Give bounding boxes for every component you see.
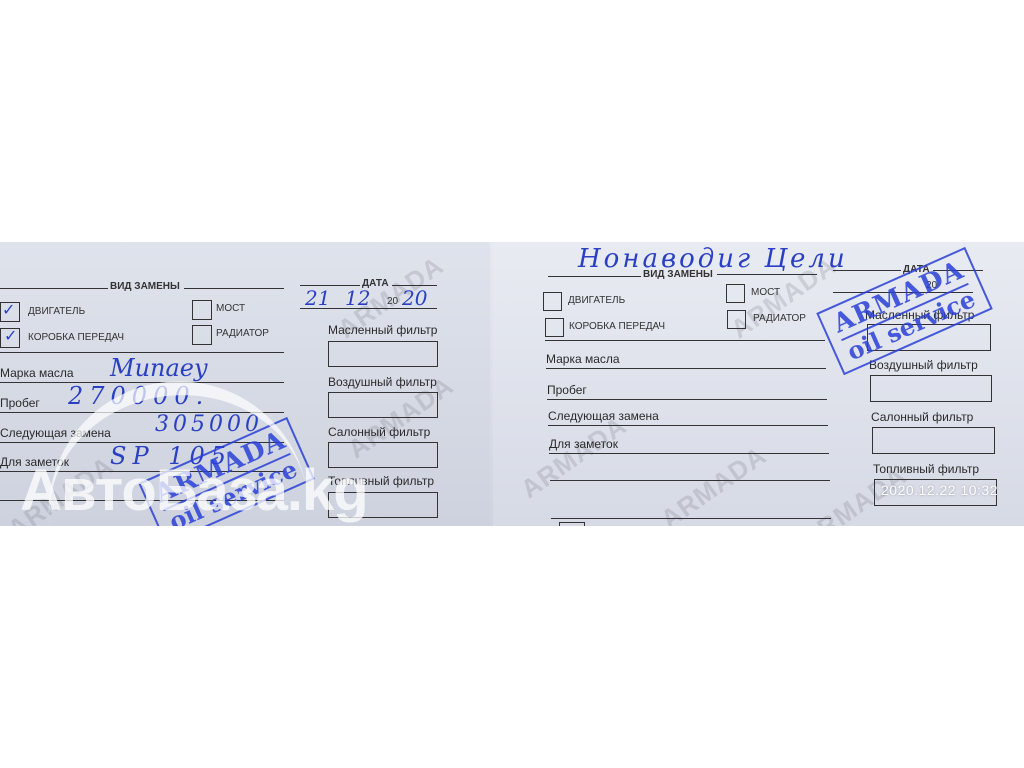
radiator-checkbox[interactable] — [727, 310, 746, 329]
field-label: Марка масла — [0, 366, 74, 380]
air-filter-box[interactable] — [870, 375, 992, 402]
filter-label: Топливный фильтр — [873, 462, 979, 476]
filter-label: Салонный фильтр — [871, 410, 973, 424]
checkbox-label: РАДИАТОР — [216, 328, 269, 339]
date-month: 12 — [345, 286, 370, 310]
field-label: Марка масла — [546, 352, 620, 366]
checkbox-label: МОСТ — [751, 287, 780, 298]
date-year-prefix: 20 — [387, 296, 398, 307]
oil-brand-value: Мипаеу — [110, 354, 208, 382]
field-label: Следующая замена — [548, 409, 659, 423]
filter-label: Салонный фильтр — [328, 425, 430, 439]
field-label: Пробег — [0, 396, 40, 410]
engine-checkbox[interactable] — [543, 292, 562, 311]
checkbox-label: ДВИГАТЕЛЬ — [568, 295, 625, 306]
left-service-card: ARMADA ARMADA ARMADA ВИД ЗАМЕНЫ ДАТА 21 … — [0, 242, 490, 526]
field-label: Для заметок — [549, 437, 618, 451]
radiator-checkbox[interactable] — [192, 325, 212, 345]
site-watermark: АвтоБаза.kg — [20, 457, 368, 524]
service-cards-photo: ARMADA ARMADA ARMADA ВИД ЗАМЕНЫ ДАТА 21 … — [0, 242, 1024, 526]
gearbox-checkbox[interactable] — [545, 318, 564, 337]
photo-timestamp: 2020.12.22 10:32 — [881, 482, 998, 498]
checkbox-label: КОРОБКА ПЕРЕДАЧ — [28, 332, 124, 343]
cabin-filter-box[interactable] — [872, 427, 995, 454]
section-title: ВИД ЗАМЕНЫ — [110, 281, 180, 292]
checkbox-label: КОРОБКА ПЕРЕДАЧ — [569, 321, 665, 332]
checkbox-label: ДВИГАТЕЛЬ — [28, 306, 85, 317]
extra-checkbox[interactable] — [559, 522, 585, 526]
filter-label: Воздушный фильтр — [869, 358, 978, 372]
field-label: Пробег — [547, 383, 587, 397]
axle-checkbox[interactable] — [192, 300, 212, 320]
date-day: 21 — [305, 286, 330, 310]
checkbox-label: РАДИАТОР — [753, 313, 806, 324]
air-filter-box[interactable] — [328, 392, 438, 418]
checkbox-label: МОСТ — [216, 303, 245, 314]
axle-checkbox[interactable] — [726, 284, 745, 303]
date-year: 20 — [402, 286, 427, 310]
filter-label: Масленный фильтр — [328, 323, 437, 337]
section-title: ВИД ЗАМЕНЫ — [643, 269, 713, 280]
oil-filter-box[interactable] — [328, 341, 438, 367]
filter-label: Воздушный фильтр — [328, 375, 437, 389]
